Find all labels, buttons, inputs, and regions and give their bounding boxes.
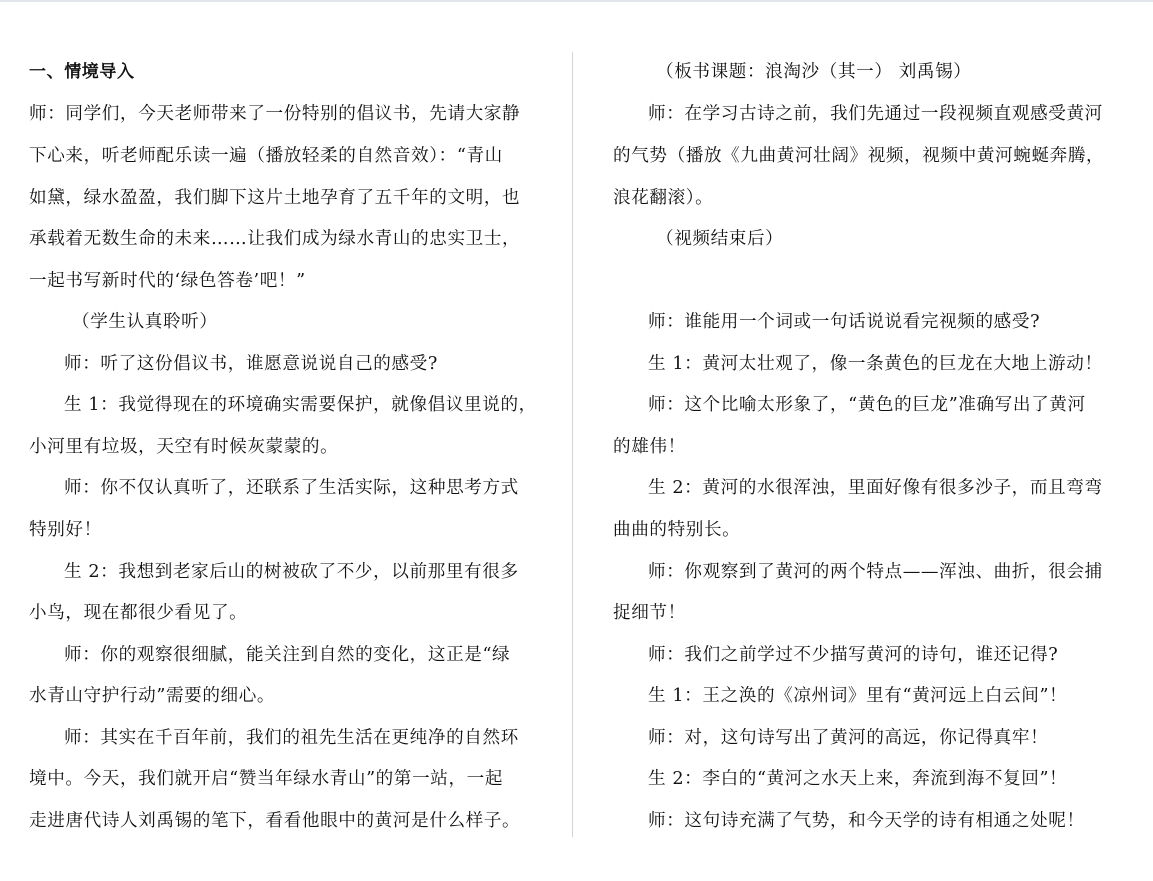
paragraph-line: 生 1：我觉得现在的环境确实需要保护，就像倡议里说的， xyxy=(64,395,537,415)
paragraph-line: 如黛，绿水盈盈，我们脚下这片土地孕育了五千年的文明，也 xyxy=(29,188,520,208)
paragraph-line: 师：我们之前学过不少描写黄河的诗句，谁还记得? xyxy=(648,645,1058,665)
section-heading: 一、情境导入 xyxy=(29,62,135,82)
paragraph-line: 生 1：王之涣的《凉州词》里有“黄河远上白云间”！ xyxy=(648,686,1067,706)
paragraph-line: 承载着无数生命的未来……让我们成为绿水青山的忠实卫士， xyxy=(29,229,520,249)
paragraph-line: 师：对，这句诗写出了黄河的高远，你记得真牢！ xyxy=(648,728,1048,748)
paragraph-line: 一起书写新时代的‘绿色答卷’吧！” xyxy=(29,271,306,291)
paragraph-line: 捉细节！ xyxy=(613,603,686,623)
paragraph-line: 生 2：我想到老家后山的树被砍了不少，以前那里有很多 xyxy=(64,562,519,582)
paragraph-line: 师：在学习古诗之前，我们先通过一段视频直观感受黄河 xyxy=(648,104,1103,124)
paragraph-line: 的气势（播放《九曲黄河壮阔》视频，视频中黄河蜿蜒奔腾， xyxy=(613,146,1104,166)
paragraph-line: 师：你不仅认真听了，还联系了生活实际，这种思考方式 xyxy=(64,478,519,498)
paragraph-line: 的雄伟！ xyxy=(613,437,686,457)
column-divider xyxy=(572,52,573,837)
paragraph-line: 生 1：黄河太壮观了，像一条黄色的巨龙在大地上游动！ xyxy=(648,354,1103,374)
paragraph-line: 师：谁能用一个词或一句话说说看完视频的感受? xyxy=(648,312,1040,332)
paragraph-line: 特别好！ xyxy=(29,520,102,540)
paragraph-line: 师：你的观察很细腻，能关注到自然的变化，这正是“绿 xyxy=(64,645,510,665)
paragraph-line: 师：其实在千百年前，我们的祖先生活在更纯净的自然环 xyxy=(64,728,519,748)
paragraph-line: 小河里有垃圾，天空有时候灰蒙蒙的。 xyxy=(29,437,338,457)
paragraph-line: 师：同学们，今天老师带来了一份特别的倡议书，先请大家静 xyxy=(29,104,520,124)
paragraph-line: 下心来，听老师配乐读一遍（播放轻柔的自然音效）：“青山 xyxy=(29,146,503,166)
paragraph-line: 师：这句诗充满了气势，和今天学的诗有相通之处呢！ xyxy=(648,811,1085,831)
paragraph-line: 浪花翻滚）。 xyxy=(613,188,713,208)
paragraph-line: 师：这个比喻太形象了，“黄色的巨龙”准确写出了黄河 xyxy=(648,395,1086,415)
paragraph-line: 走进唐代诗人刘禹锡的笔下，看看他眼中的黄河是什么样子。 xyxy=(29,811,520,831)
paragraph-line: 师：听了这份倡议书，谁愿意说说自己的感受? xyxy=(64,354,438,374)
paragraph-line: 生 2：黄河的水很浑浊，里面好像有很多沙子，而且弯弯 xyxy=(648,478,1103,498)
stage-direction: （视频结束后） xyxy=(656,229,783,249)
paragraph-line: 曲曲的特别长。 xyxy=(613,520,740,540)
paragraph-line: 生 2：李白的“黄河之水天上来，奔流到海不复回”！ xyxy=(648,769,1067,789)
top-border xyxy=(0,0,1153,2)
stage-direction: （学生认真聆听） xyxy=(72,312,218,332)
paragraph-line: 师：你观察到了黄河的两个特点——浑浊、曲折，很会捕 xyxy=(648,562,1103,582)
paragraph-line: 小鸟，现在都很少看见了。 xyxy=(29,603,247,623)
paragraph-line: 境中。今天，我们就开启“赞当年绿水青山”的第一站，一起 xyxy=(29,769,503,789)
board-title-note: （板书课题：浪淘沙（其一） 刘禹锡） xyxy=(656,62,972,82)
paragraph-line: 水青山守护行动”需要的细心。 xyxy=(29,686,275,706)
